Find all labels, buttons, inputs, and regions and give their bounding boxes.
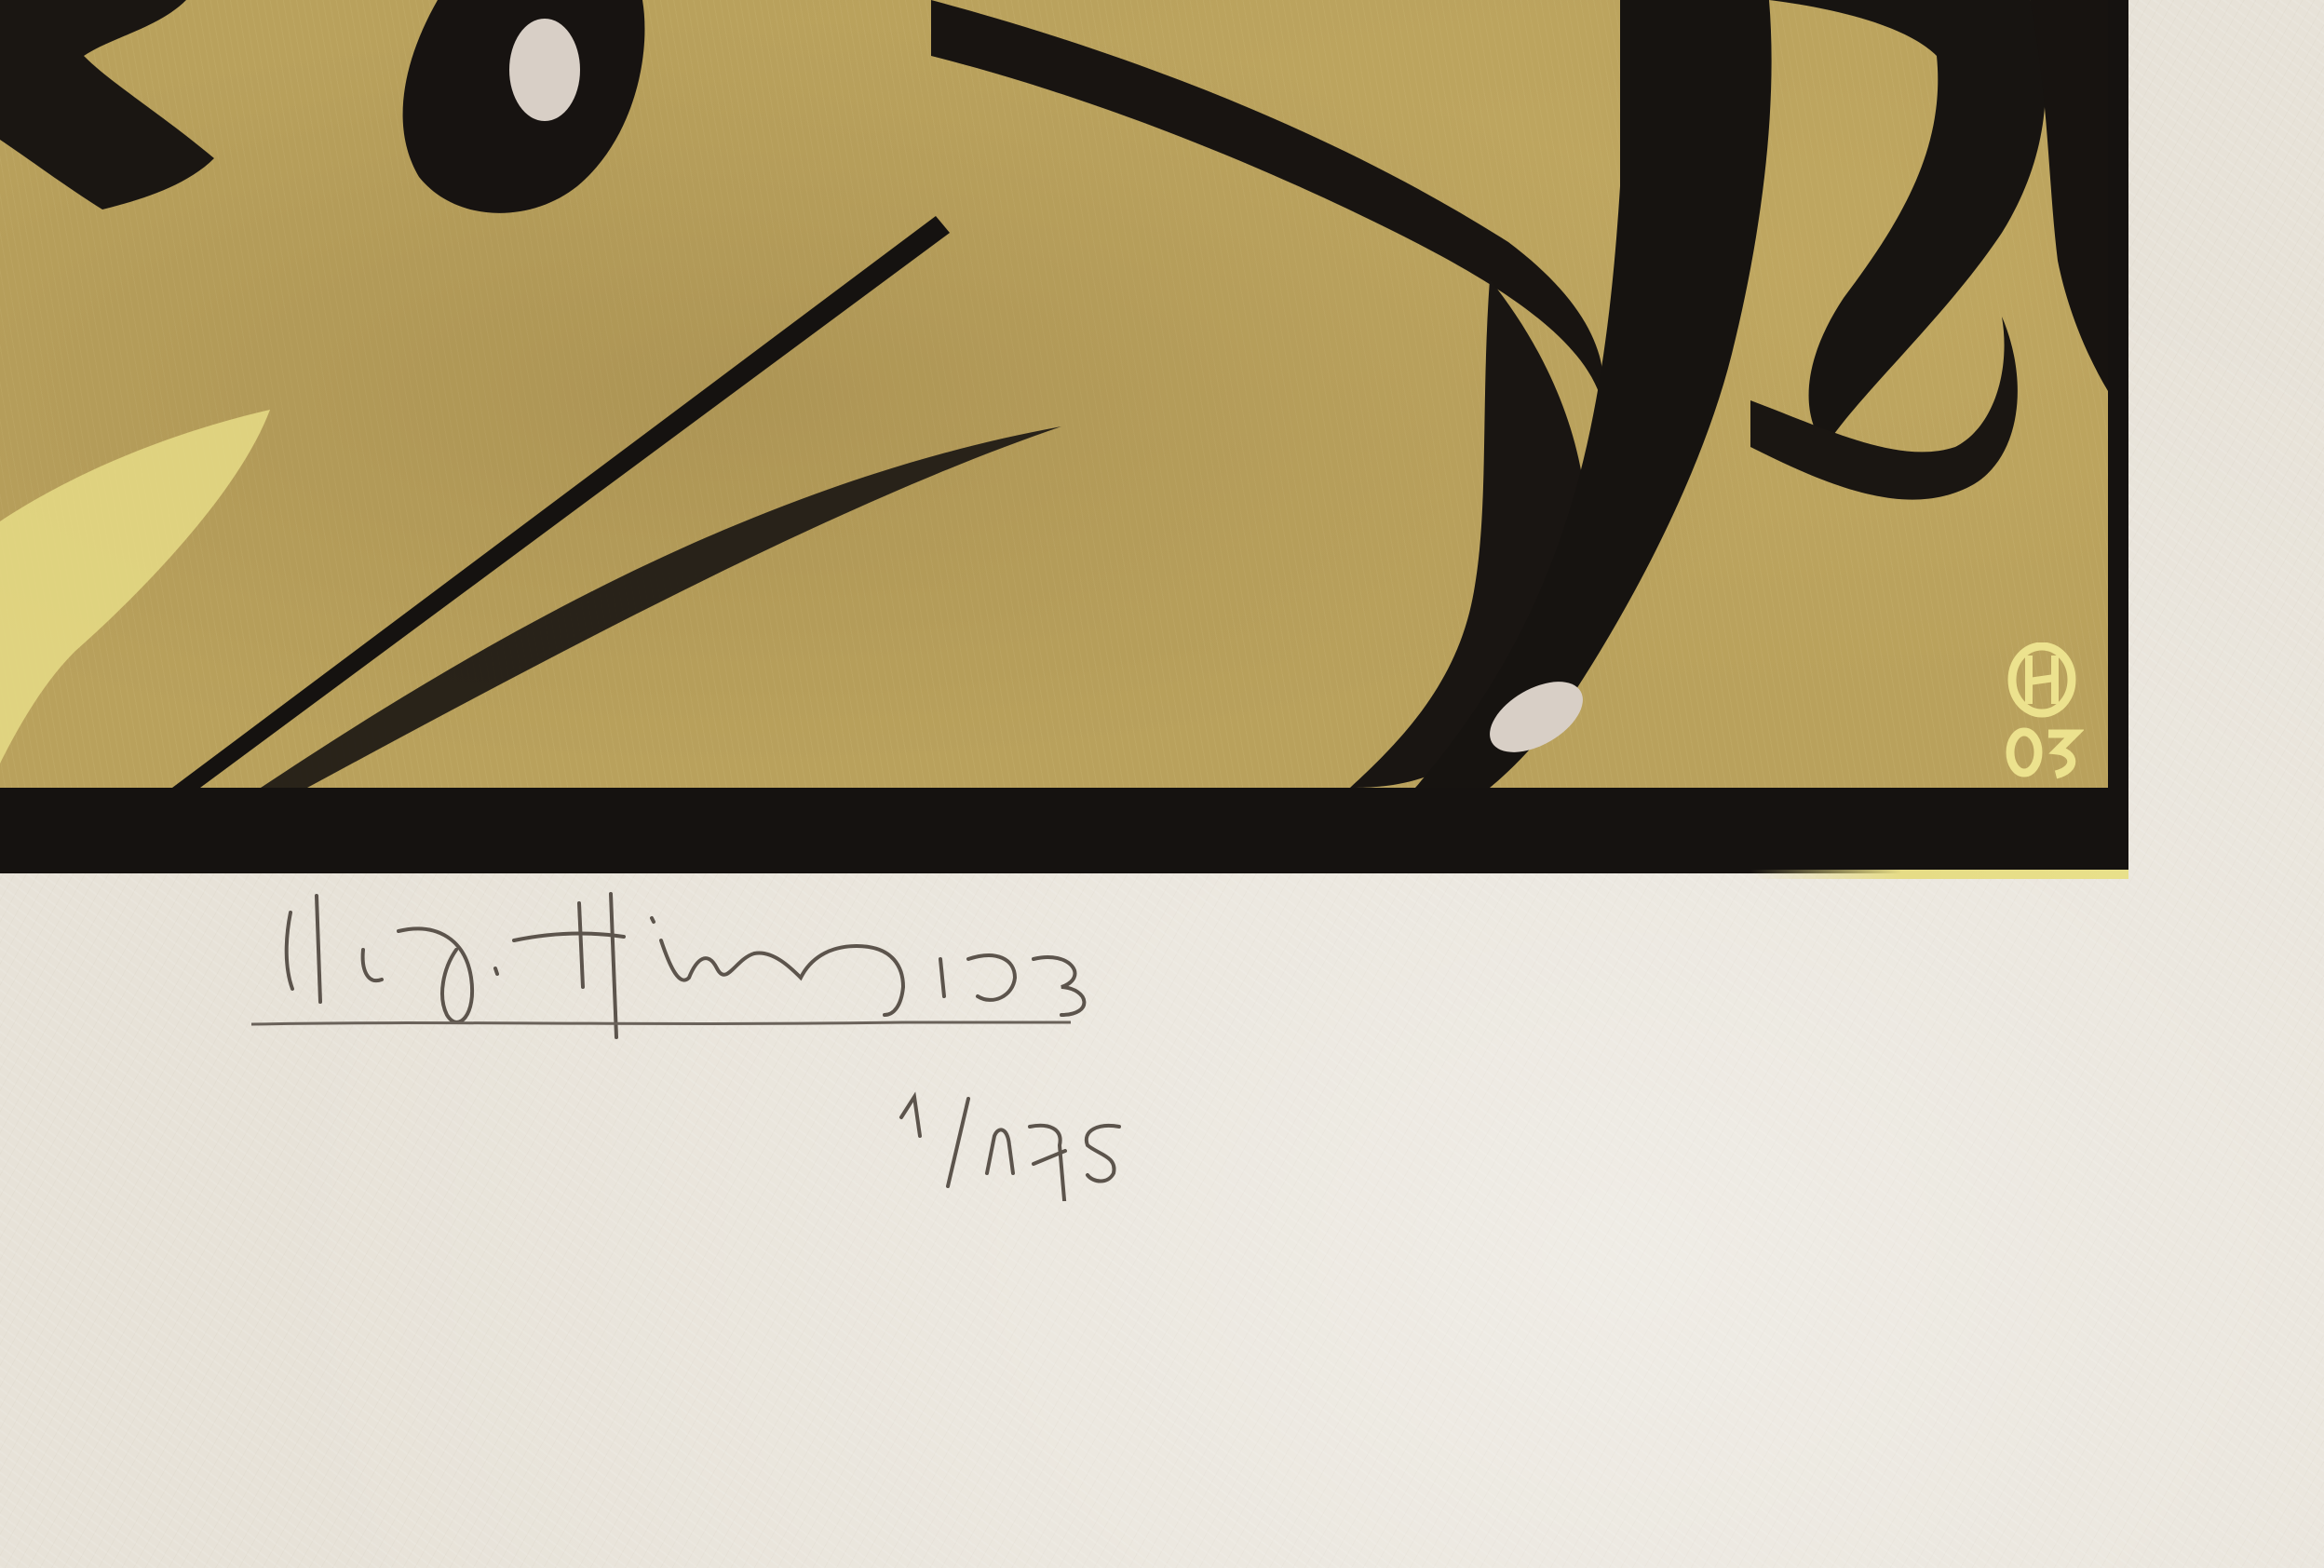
edition-number: 1/175 — [866, 1071, 1136, 1201]
print-border-bottom — [0, 788, 2128, 873]
artist-monogram — [2000, 642, 2084, 782]
print-image-area: H 03 — [0, 0, 2128, 873]
engraved-figures — [0, 0, 2128, 873]
print-border-right — [2108, 0, 2128, 873]
signature-scrawl — [251, 885, 1182, 1043]
print-edge-yellow — [1750, 870, 2128, 879]
pencil-signature: N. J. Himmo '03 — [251, 885, 1182, 1043]
